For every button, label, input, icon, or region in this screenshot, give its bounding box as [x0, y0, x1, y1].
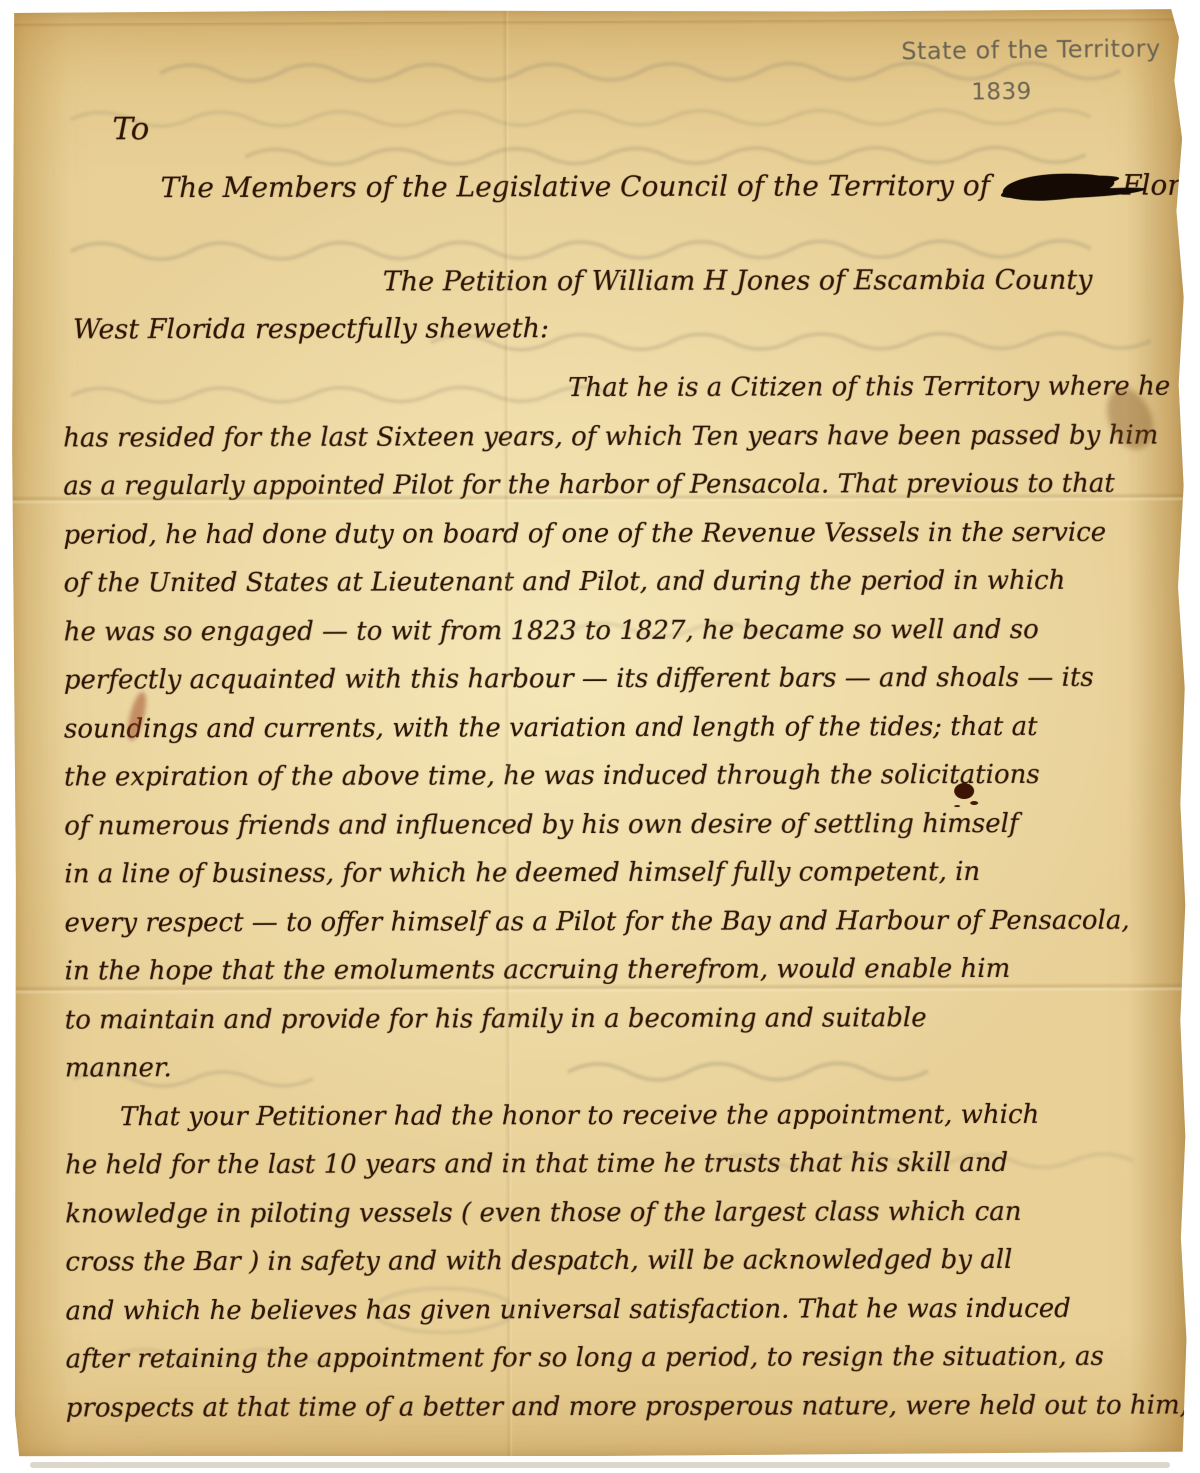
letter-line: the expiration of the above time, he was… [64, 751, 1160, 802]
letter-line: every respect — to offer himself as a Pi… [64, 896, 1160, 947]
letter-line: to maintain and provide for his family i… [65, 993, 1161, 1044]
letter-line: he held for the last 10 years and in tha… [65, 1139, 1161, 1190]
letter-line: of numerous friends and influenced by hi… [64, 799, 1160, 850]
ink-splatter [954, 783, 974, 799]
letter-line: has resided for the last Sixteen years, … [63, 411, 1159, 462]
letter-line: cross the Bar ) in safety and with despa… [65, 1236, 1161, 1287]
letter-line: soundings and currents, with the variati… [64, 702, 1160, 753]
letter-line: manner. [65, 1042, 1161, 1093]
letter-line: in a line of business, for which he deem… [64, 848, 1160, 899]
letter-line: period, he had done duty on board of one… [63, 508, 1159, 559]
paper-fold-seam-top [10, 18, 1184, 28]
annotation-year: 1839 [896, 76, 1106, 108]
pencil-annotation: State of the Territory 1839 [896, 33, 1167, 108]
address-suffix: Florida [1122, 168, 1200, 201]
letter-line: after retaining the appointment for so l… [66, 1333, 1162, 1384]
ink-blot-redaction [1001, 171, 1114, 203]
letter-line: he was so engaged — to wit from 1823 to … [64, 605, 1160, 656]
address-line: The Members of the Legislative Council o… [161, 168, 1200, 204]
letter-line: That he is a Citizen of this Territory w… [63, 363, 1159, 414]
document-page: State of the Territory 1839 To The Membe… [10, 8, 1188, 1457]
letter-line: That your Petitioner had the honor to re… [65, 1090, 1161, 1141]
letter-body: That he is a Citizen of this Territory w… [63, 363, 1162, 1433]
annotation-label: State of the Territory [896, 33, 1166, 66]
petition-intro-line-2: West Florida respectfully sheweth: [73, 313, 549, 345]
petition-intro-line-1: The Petition of William H Jones of Escam… [383, 265, 1093, 298]
scan-edge-shadow [30, 1462, 1170, 1468]
letter-line: perfectly acquainted with this harbour —… [64, 654, 1160, 705]
letter-line: of the United States at Lieutenant and P… [64, 557, 1160, 608]
letter-line: and which he believes has given universa… [65, 1284, 1161, 1335]
letter-line: knowledge in piloting vessels ( even tho… [65, 1187, 1161, 1238]
address-prefix: The Members of the Legislative Council o… [161, 169, 991, 204]
letter-line: prospects at that time of a better and m… [66, 1381, 1162, 1432]
salutation: To [112, 111, 149, 147]
